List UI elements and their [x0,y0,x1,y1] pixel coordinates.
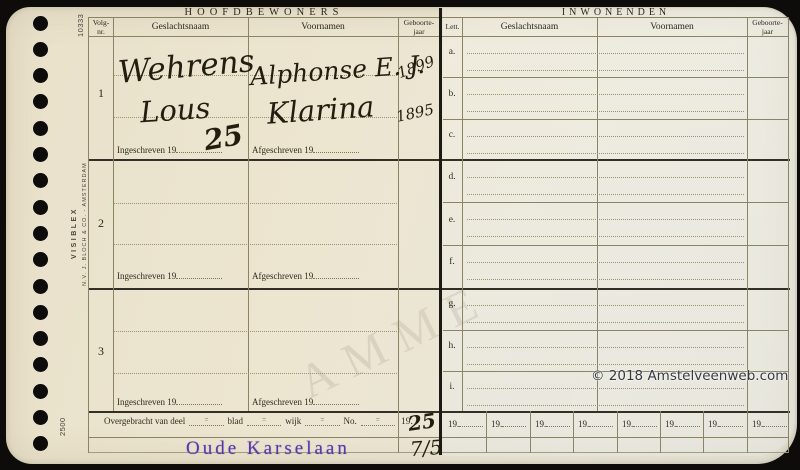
grid-line [703,411,704,453]
grid-line [788,17,789,453]
year-cell-label: 19. [448,419,459,429]
handwritten-ingeschreven-year: 25 [202,121,245,155]
dotted-line [467,279,744,280]
letter-label-f: f. [444,257,460,267]
punch-hole [33,94,48,109]
grid-line [443,330,788,331]
punch-hole [33,226,48,241]
year-cell: 19. [665,417,700,429]
col-header-geslachtsnaam-left: Geslachtsnaam [113,22,248,33]
dotted-line [467,322,744,323]
afgeschreven-label: Afgeschreven 19 [252,143,359,155]
dotted-leader [633,417,657,427]
dotted-line [467,347,744,348]
afgeschreven-text: Afgeschreven 19 [252,271,313,281]
dotted-line [467,177,744,178]
col-header-volgnr-line2: nr. [97,27,105,36]
year-cell-label: 19. [665,419,676,429]
year-cell-label: 19. [535,419,546,429]
year-cell: 19. [752,417,787,429]
col-header-geslachtsnaam-right: Geslachtsnaam [462,22,597,33]
overgebracht-row: Overgebracht van deel = blad = wijk = No… [104,416,395,426]
punch-hole [33,252,48,267]
center-divider-line [439,8,442,455]
col-header-volgnr: Volg- nr. [89,19,113,36]
dotted-leader [546,417,570,427]
grid-line [462,17,463,411]
letter-label-b: b. [444,89,460,99]
scanned-registration-card: AMME 10333 VISIBLEX N.V. J. BLOCH & CO. … [0,0,800,470]
grid-line [113,17,114,411]
afgeschreven-label: Afgeschreven 19 [252,395,359,407]
year-cell: 19. [622,417,657,429]
dotted-line [114,203,397,204]
dotted-leader [313,395,359,405]
year-cell-label: 19. [578,419,589,429]
handwritten-overgebracht-year: 25 [407,410,437,434]
grid-line [597,17,598,411]
punch-hole [33,121,48,136]
punch-hole [33,173,48,188]
punch-hole [33,331,48,346]
punch-hole [33,357,48,372]
letter-label-a: a. [444,47,460,57]
dotted-line [467,153,744,154]
dotted-line [467,219,744,220]
ingeschreven-text: Ingeschreven 19 [117,397,176,407]
no-label: No. [344,416,357,426]
ingeschreven-text: Ingeschreven 19 [117,271,176,281]
year-cell: 19. [448,417,483,429]
blad-label: blad [228,416,244,426]
year-cell: 19. [535,417,570,429]
dotted-leader: = [189,416,223,426]
grid-line [530,411,531,453]
year-cell: 19. [578,417,613,429]
grid-line [398,17,399,453]
year-cell-label: 19. [622,419,633,429]
handwritten-firstnames-2: Klarina [266,92,375,128]
punch-hole [33,200,48,215]
handwritten-house-number: 7/5 [409,437,443,459]
dotted-leader [719,417,743,427]
punch-hole [33,42,48,57]
dotted-line [467,305,744,306]
grid-line [443,119,788,120]
grid-line [88,17,89,453]
copyright-watermark: © 2018 Amstelveenweb.com [591,368,788,384]
afgeschreven-text: Afgeschreven 19 [252,397,313,407]
dotted-line [114,373,397,374]
letter-label-g: g. [444,299,460,309]
afgeschreven-label: Afgeschreven 19 [252,269,359,281]
punch-hole [33,384,48,399]
col-header-lett: Lett. [443,23,462,32]
grid-line [660,411,661,453]
dotted-leader [459,417,483,427]
dotted-line [467,136,744,137]
grid-line [443,202,788,203]
ingeschreven-text: Ingeschreven 19 [117,145,176,155]
punch-hole [33,279,48,294]
dotted-line [467,70,744,71]
dotted-leader: = [361,416,395,426]
punch-hole [33,410,48,425]
grid-line [88,36,788,37]
punch-hole [33,16,48,31]
form-number-top: 10333 [76,14,85,37]
dotted-line [467,364,744,365]
dotted-line [467,194,744,195]
form-number-bottom: 2500 [58,417,67,436]
letter-label-c: c. [444,130,460,140]
punch-hole [33,305,48,320]
dotted-line [467,53,744,54]
letter-label-h: h. [444,341,460,351]
col-header-geboortejaar-right: Geboorte- jaar [747,19,788,36]
year-cell: 19. [708,417,743,429]
dotted-leader: = [247,416,281,426]
year-cell-label: 19. [752,419,763,429]
year-cell-label: 19. [708,419,719,429]
punch-hole [33,68,48,83]
dotted-line [467,94,744,95]
grid-line [573,411,574,453]
col-header-geboortejaar-left: Geboorte- jaar [398,19,440,36]
grid-line [88,17,788,18]
afgeschreven-text: Afgeschreven 19 [252,145,313,155]
dotted-line [467,111,744,112]
grid-line [486,411,487,453]
dotted-line [114,244,397,245]
dotted-line [467,405,744,406]
dotted-leader: = [305,416,339,426]
dotted-line [467,236,744,237]
col-header-geb-line2: jaar [413,27,424,36]
punch-hole [33,147,48,162]
street-name-stamp: Oude Karselaan [186,438,350,460]
grid-line [443,245,788,246]
grid-line [747,17,748,453]
dotted-leader [763,417,787,427]
dotted-leader [676,417,700,427]
dotted-leader [313,269,359,279]
letter-label-e: e. [444,215,460,225]
letter-label-d: d. [444,172,460,182]
overgebracht-label: Overgebracht van deel [104,416,185,426]
wijk-label: wijk [285,416,301,426]
dotted-leader [313,143,359,153]
ingeschreven-label: Ingeschreven 19 [117,269,222,281]
year-cell-label: 19. [491,419,502,429]
punch-hole [33,436,48,451]
handwritten-surname-2: Lous [139,94,211,128]
ingeschreven-label: Ingeschreven 19 [117,395,222,407]
grid-line [443,77,788,78]
dotted-leader [502,417,526,427]
dotted-line [467,388,744,389]
col-header-voornamen-left: Voornamen [248,22,398,33]
row-number-2: 2 [89,216,113,231]
col-header-geb-line2: jaar [762,27,773,36]
col-header-voornamen-right: Voornamen [597,22,747,33]
year-cell: 19. [491,417,526,429]
visiblex-brand: VISIBLEX [71,207,78,259]
row-number-3: 3 [89,344,113,359]
dotted-leader [589,417,613,427]
row-number-1: 1 [89,86,113,101]
dotted-line [114,331,397,332]
dotted-leader [176,269,222,279]
grid-line [617,411,618,453]
dotted-leader [176,395,222,405]
letter-label-i: i. [444,382,460,392]
dotted-line [467,262,744,263]
